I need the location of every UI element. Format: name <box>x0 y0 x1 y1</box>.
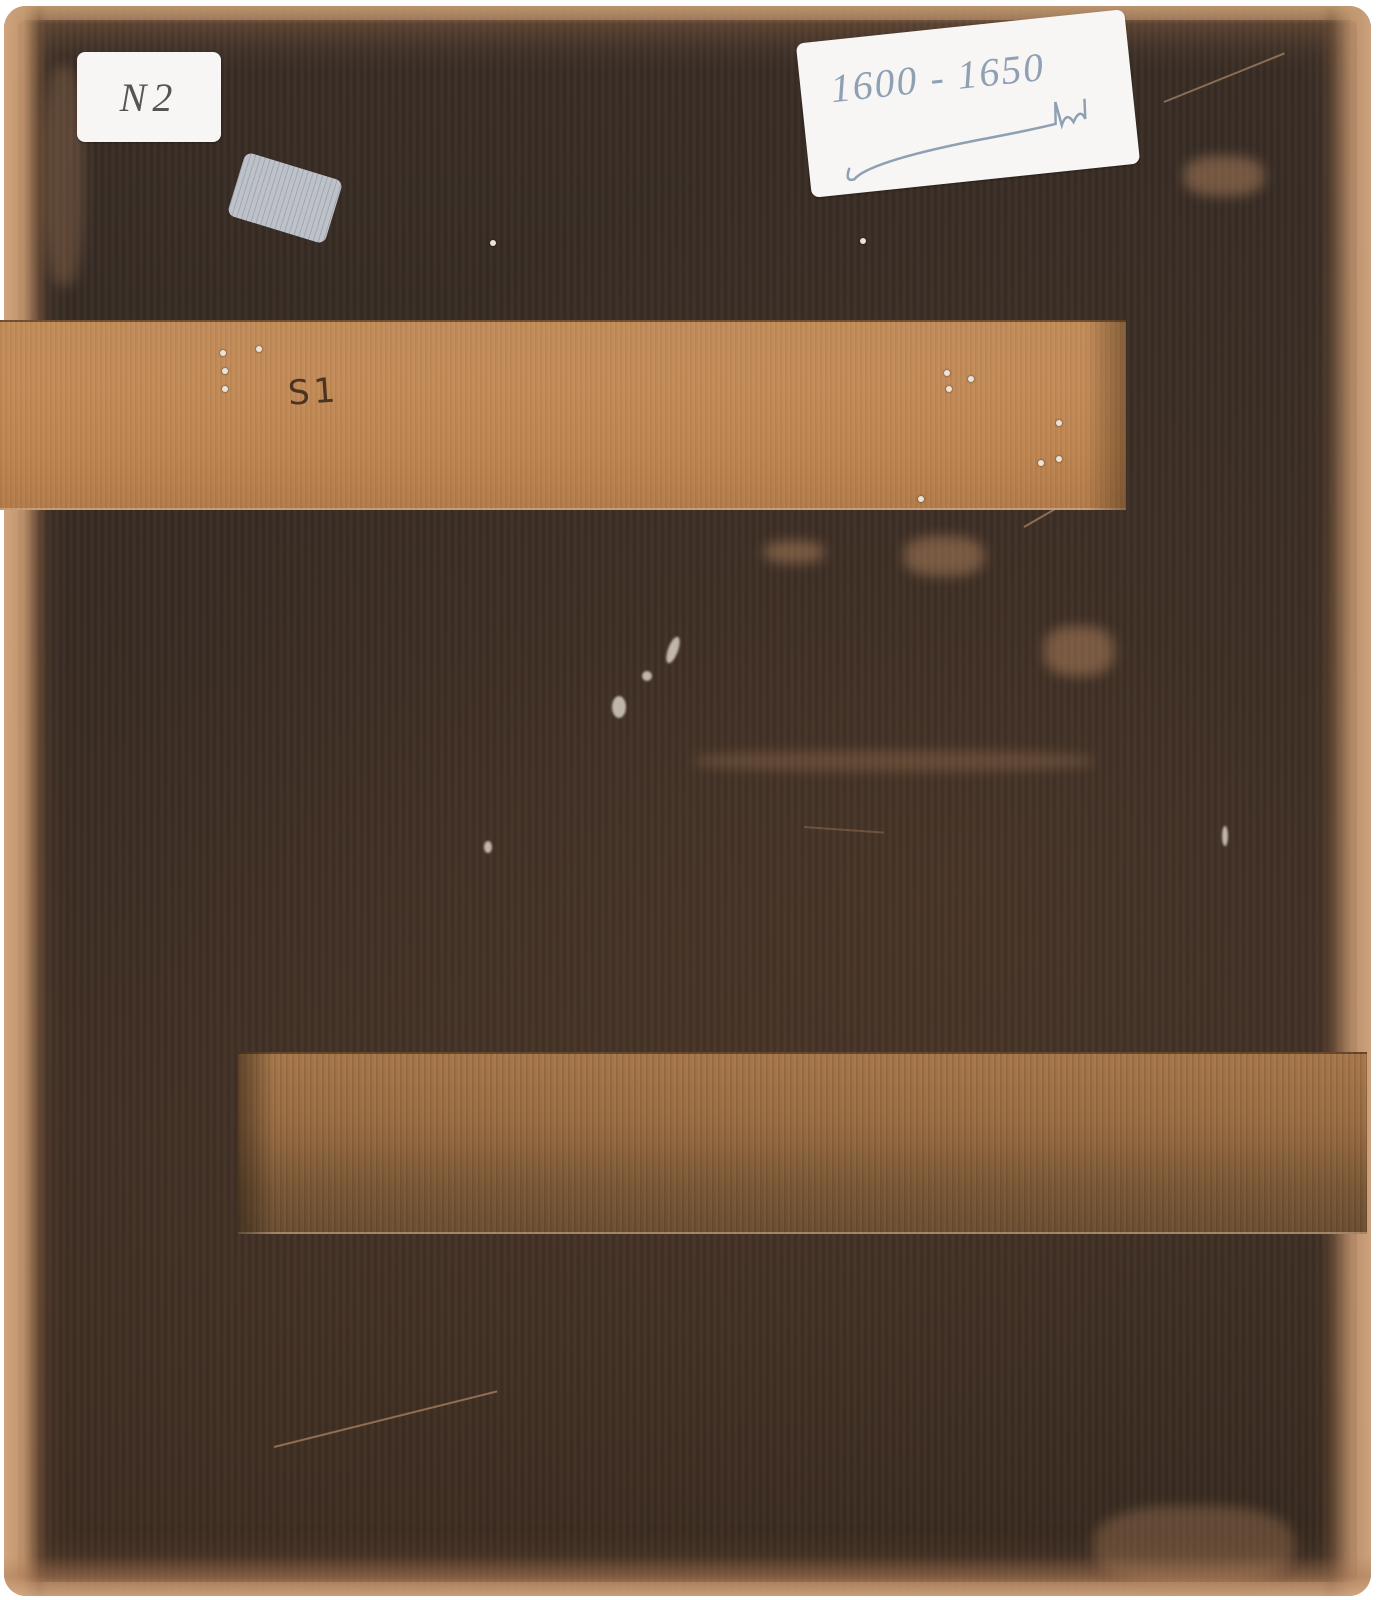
nail-hole <box>860 238 866 244</box>
nail-hole <box>968 376 974 382</box>
paint-scuff <box>484 841 492 853</box>
wear-patch <box>764 541 824 563</box>
inventory-label: N2 <box>77 52 221 142</box>
wear-patch <box>1094 1506 1294 1586</box>
nail-hole <box>1038 460 1044 466</box>
scratch <box>804 826 884 834</box>
date-range-text: 1600 - 1650 <box>828 43 1047 112</box>
wear-patch <box>1044 626 1114 676</box>
nail-hole <box>1056 420 1062 426</box>
scratch <box>274 1390 498 1448</box>
worn-top-edge <box>4 6 1371 24</box>
paint-scuff <box>612 696 626 718</box>
paint-scuff <box>1222 826 1228 846</box>
worn-right-edge <box>1321 6 1371 1596</box>
wooden-panel <box>4 6 1371 1596</box>
nail-hole <box>220 350 226 356</box>
wear-patch <box>1184 156 1264 196</box>
nail-hole <box>490 240 496 246</box>
nail-hole <box>918 496 924 502</box>
slat-inscription: S1 <box>287 370 341 413</box>
top-cross-slat <box>0 320 1126 510</box>
wear-patch <box>904 536 984 576</box>
nail-hole <box>944 370 950 376</box>
nail-hole <box>222 386 228 392</box>
paint-scuff <box>664 635 683 665</box>
bottom-cross-slat <box>238 1052 1367 1234</box>
scratch <box>1164 52 1285 103</box>
nail-hole <box>1056 456 1062 462</box>
paint-scuff <box>642 671 652 681</box>
nail-hole <box>946 386 952 392</box>
nail-hole <box>256 346 262 352</box>
inventory-number: N2 <box>120 74 179 121</box>
worn-left-edge <box>4 6 48 1596</box>
wear-streak <box>694 751 1094 771</box>
nail-hole <box>222 368 228 374</box>
